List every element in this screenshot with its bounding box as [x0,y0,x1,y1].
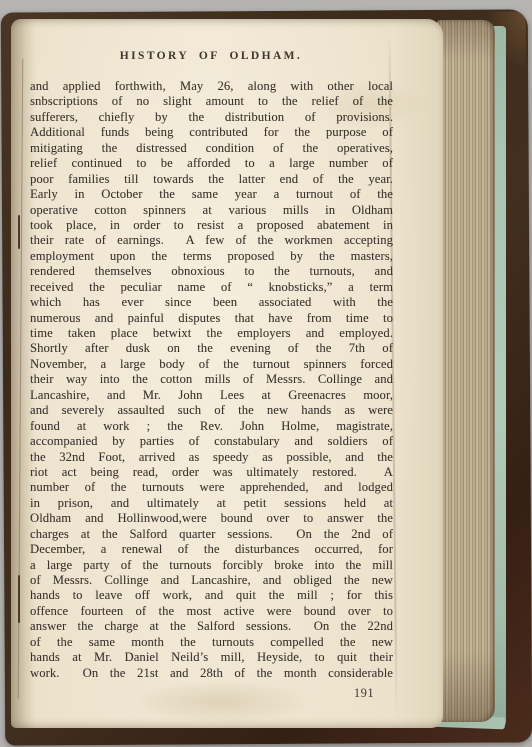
text-line: hands to leave off work, and quit the mi… [30,588,393,603]
text-line: riot act being read, order was ultimatel… [30,465,393,480]
page-body-text: and applied forthwith, May 26, along wit… [30,79,393,681]
text-line: received the peculiar name of “ knobstic… [30,280,393,295]
text-line: numerous and painful disputes that have … [30,311,393,326]
binding-stitch [18,575,20,623]
text-line: rendered themselves obnoxious to the tur… [30,264,393,279]
text-line: work. On the 21st and 28th of the month … [30,666,393,681]
text-line: and applied forthwith, May 26, along wit… [30,79,393,94]
text-line: answer the charge at the Salford session… [30,619,393,634]
text-line: Shortly after dusk on the evening of the… [30,341,393,356]
text-line: which has ever since been associated wit… [30,295,393,310]
text-line: sufferers, chiefly by the distribution o… [30,110,393,125]
text-line: the 32nd Foot, arrived as speedy as poss… [30,450,393,465]
text-line: accompanied by parties of constabulary a… [30,434,393,449]
text-line: in prison, and ultimately at petit sessi… [30,496,393,511]
text-line: a large party of the turnouts forcibly b… [30,558,393,573]
text-line: offence fourteen of the most active were… [30,604,393,619]
text-line: their way into the cotton mills of Messr… [30,372,393,387]
text-line: poor families till towards the latter en… [30,172,393,187]
text-line: charges at the Salford quarter sessions.… [30,527,393,542]
text-line: of Messrs. Collinge and Lancashire, and … [30,573,393,588]
text-line: their rate of earnings. A few of the wor… [30,233,393,248]
running-header: HISTORY OF OLDHAM. [30,50,392,62]
binding-stitch [18,215,20,249]
text-line: Early in October the same year a turnout… [30,187,393,202]
text-line: November, a large body of the turnout sp… [30,357,393,372]
page-number: 191 [339,686,389,701]
text-line: hands at Mr. Daniel Neild’s mill, Heysid… [30,650,393,665]
text-line: found at work ; the Rev. John Holme, mag… [30,419,393,434]
scanned-page: HISTORY OF OLDHAM. and applied forthwith… [11,19,443,728]
paper-stain [131,679,311,725]
book-scan-scene: HISTORY OF OLDHAM. and applied forthwith… [0,0,532,747]
text-line: relief continued to be afforded to a lar… [30,156,393,171]
text-line: number of the turnouts were apprehended,… [30,480,393,495]
text-line: of the same month the turnouts compelled… [30,635,393,650]
text-line: mitigating the distressed condition of t… [30,141,393,156]
text-line: took place, in order to resist a propose… [30,218,393,233]
text-line: and severely assaulted such of the new h… [30,403,393,418]
text-line: December, a renewal of the disturbances … [30,542,393,557]
text-line: Additional funds being contributed for t… [30,125,393,140]
text-line: Lancashire, and Mr. John Lees at Greenac… [30,388,393,403]
text-line: snbscriptions of no slight amount to the… [30,94,393,109]
page-fore-edge [437,20,495,722]
text-line: operative cotton spinners at various mil… [30,203,393,218]
text-line: Oldham and Hollinwood,were bound over to… [30,511,393,526]
text-line: time taken place betwixt the employers a… [30,326,393,341]
text-line: employment upon the terms proposed by th… [30,249,393,264]
